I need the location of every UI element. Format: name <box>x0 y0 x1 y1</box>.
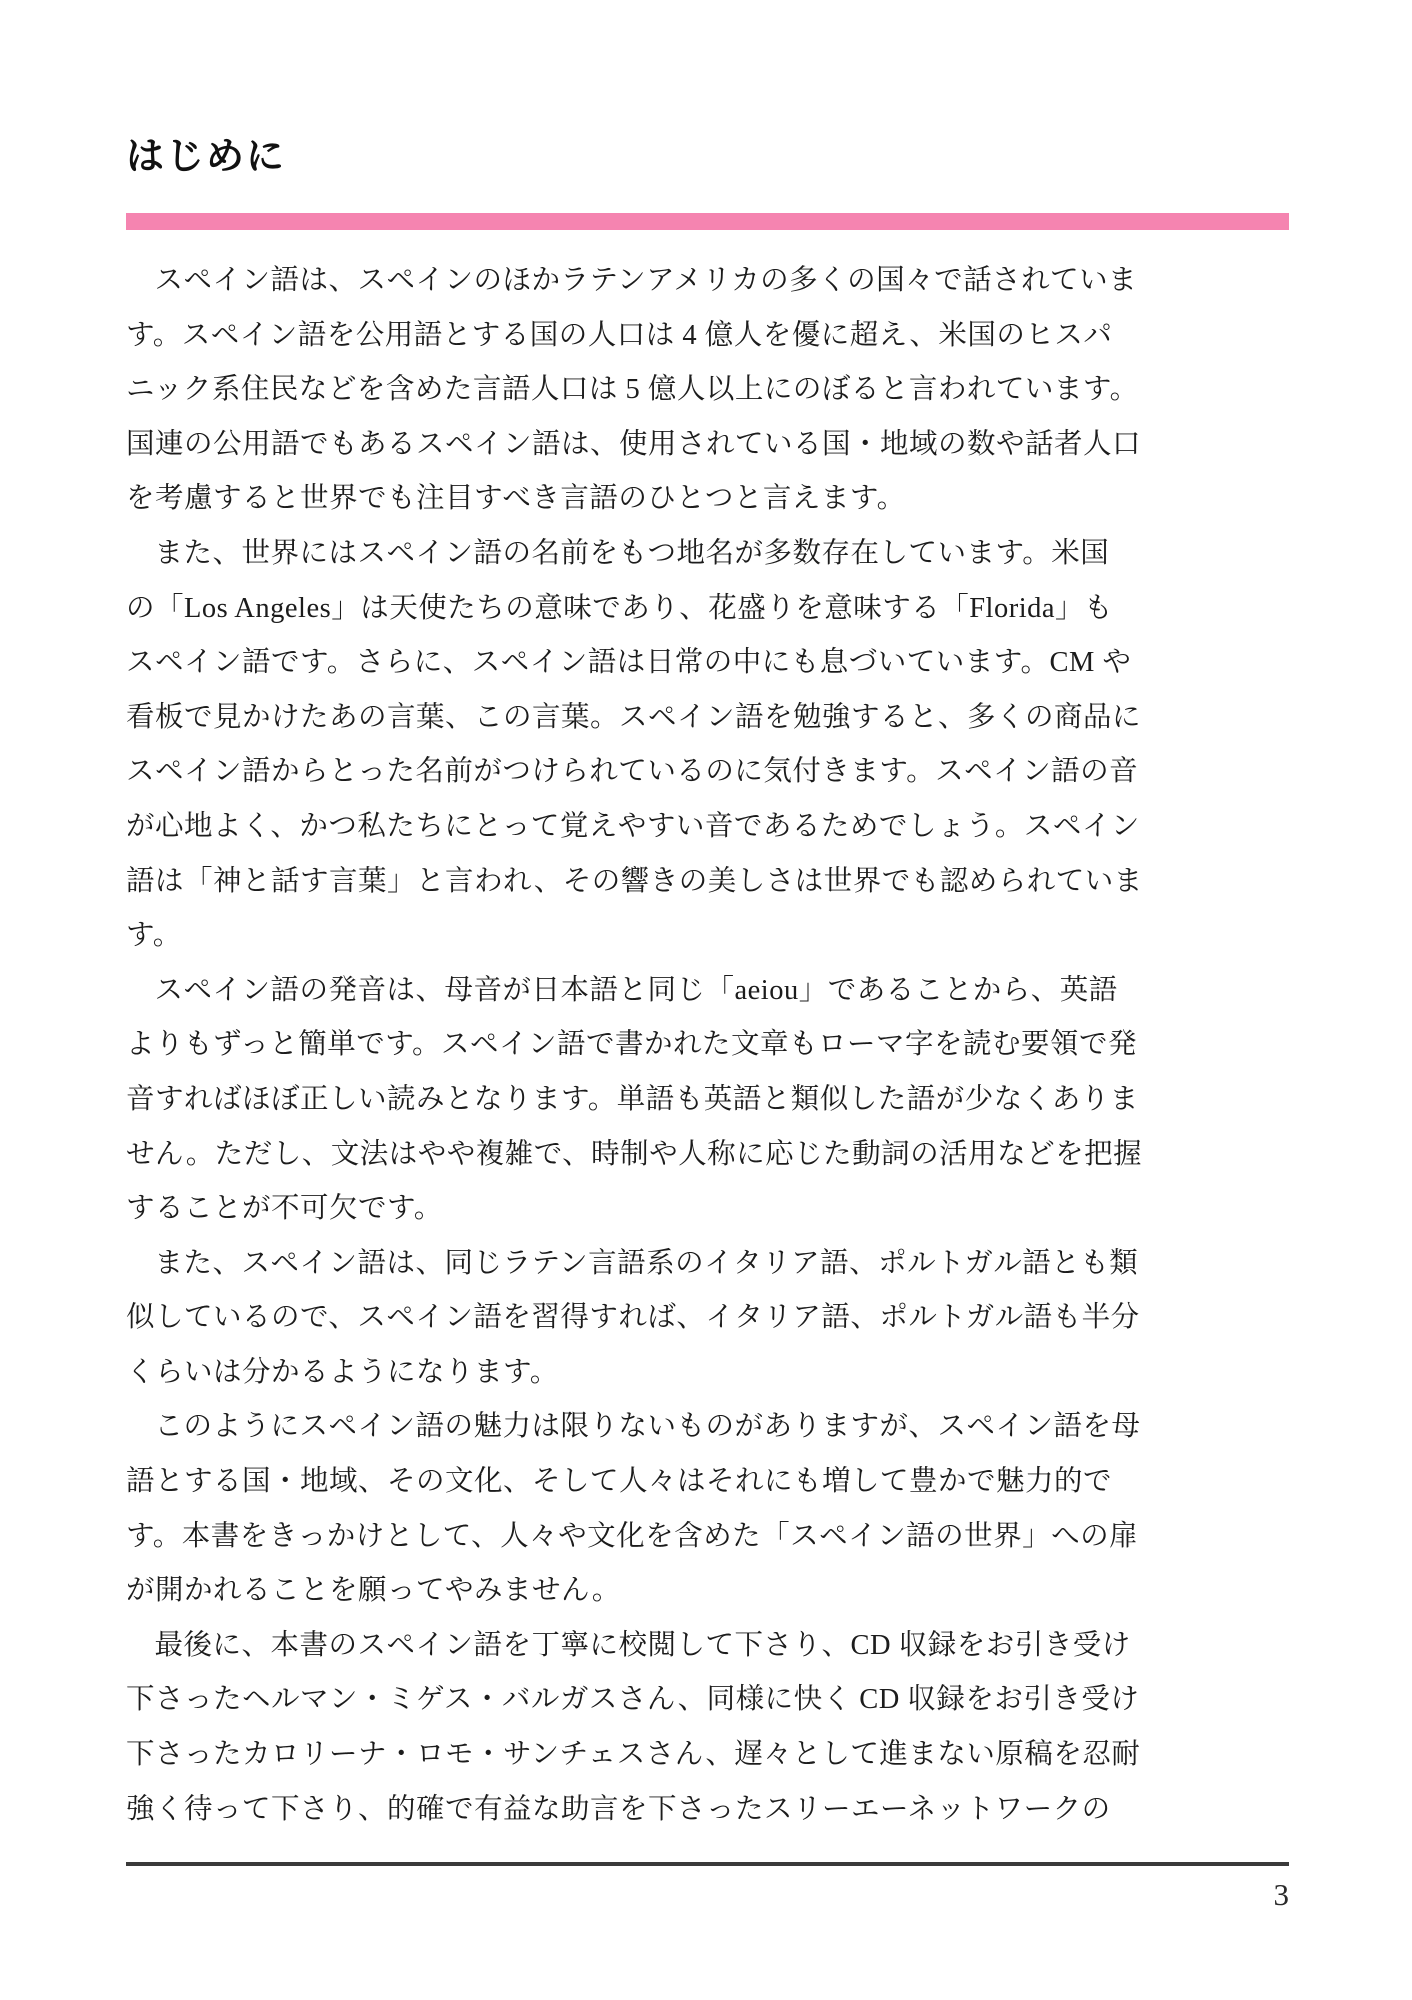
title-accent-bar <box>126 213 1289 230</box>
text-line: ニック系住民などを含めた言語人口は 5 億人以上にのぼると言われています。 <box>126 363 1326 418</box>
text-line: 最後に、本書のスペイン語を丁寧に校閲して下さり、CD 収録をお引き受け <box>126 1619 1326 1674</box>
text-line: スペイン語は、スペインのほかラテンアメリカの多くの国々で話されていま <box>126 254 1326 309</box>
text-line: このようにスペイン語の魅力は限りないものがありますが、スペイン語を母 <box>126 1400 1326 1455</box>
text-line: 看板で見かけたあの言葉、この言葉。スペイン語を勉強すると、多くの商品に <box>126 691 1326 746</box>
text-line: の「Los Angeles」は天使たちの意味であり、花盛りを意味する「Flori… <box>126 582 1326 637</box>
page-title: はじめに <box>126 138 286 176</box>
text-line: す。スペイン語を公用語とする国の人口は 4 億人を優に超え、米国のヒスパ <box>126 309 1326 364</box>
text-line: 下さったヘルマン・ミゲス・バルガスさん、同様に快く CD 収録をお引き受け <box>126 1673 1326 1728</box>
text-line: せん。ただし、文法はやや複雑で、時制や人称に応じた動詞の活用などを把握 <box>126 1128 1326 1183</box>
page-number: 3 <box>126 1876 1289 1913</box>
text-line: 語とする国・地域、その文化、そして人々はそれにも増して豊かで魅力的で <box>126 1455 1326 1510</box>
text-line: が開かれることを願ってやみません。 <box>126 1564 1326 1619</box>
text-line: 音すればほぼ正しい読みとなります。単語も英語と類似した語が少なくありま <box>126 1073 1326 1128</box>
text-line: が心地よく、かつ私たちにとって覚えやすい音であるためでしょう。スペイン <box>126 800 1326 855</box>
book-page: はじめに スペイン語は、スペインのほかラテンアメリカの多くの国々で話されています… <box>0 0 1412 2000</box>
text-line: 語は「神と話す言葉」と言われ、その響きの美しさは世界でも認められていま <box>126 855 1326 910</box>
text-line: することが不可欠です。 <box>126 1182 1326 1237</box>
text-line: スペイン語からとった名前がつけられているのに気付きます。スペイン語の音 <box>126 745 1326 800</box>
text-line: また、世界にはスペイン語の名前をもつ地名が多数存在しています。米国 <box>126 527 1326 582</box>
text-line: くらいは分かるようになります。 <box>126 1346 1326 1401</box>
text-line: を考慮すると世界でも注目すべき言語のひとつと言えます。 <box>126 472 1326 527</box>
text-line: 下さったカロリーナ・ロモ・サンチェスさん、遅々として進まない原稿を忍耐 <box>126 1728 1326 1783</box>
text-line: 国連の公用語でもあるスペイン語は、使用されている国・地域の数や話者人口 <box>126 418 1326 473</box>
text-line: また、スペイン語は、同じラテン言語系のイタリア語、ポルトガル語とも類 <box>126 1237 1326 1292</box>
text-line: す。 <box>126 909 1326 964</box>
text-line: 強く待って下さり、的確で有益な助言を下さったスリーエーネットワークの <box>126 1783 1326 1838</box>
text-line: スペイン語です。さらに、スペイン語は日常の中にも息づいています。CM や <box>126 636 1326 691</box>
text-line: 似しているので、スペイン語を習得すれば、イタリア語、ポルトガル語も半分 <box>126 1291 1326 1346</box>
body-text: スペイン語は、スペインのほかラテンアメリカの多くの国々で話されています。スペイン… <box>126 254 1326 1837</box>
footer-rule <box>126 1862 1289 1866</box>
text-line: スペイン語の発音は、母音が日本語と同じ「aeiou」であることから、英語 <box>126 964 1326 1019</box>
text-line: す。本書をきっかけとして、人々や文化を含めた「スペイン語の世界」への扉 <box>126 1510 1326 1565</box>
text-line: よりもずっと簡単です。スペイン語で書かれた文章もローマ字を読む要領で発 <box>126 1018 1326 1073</box>
